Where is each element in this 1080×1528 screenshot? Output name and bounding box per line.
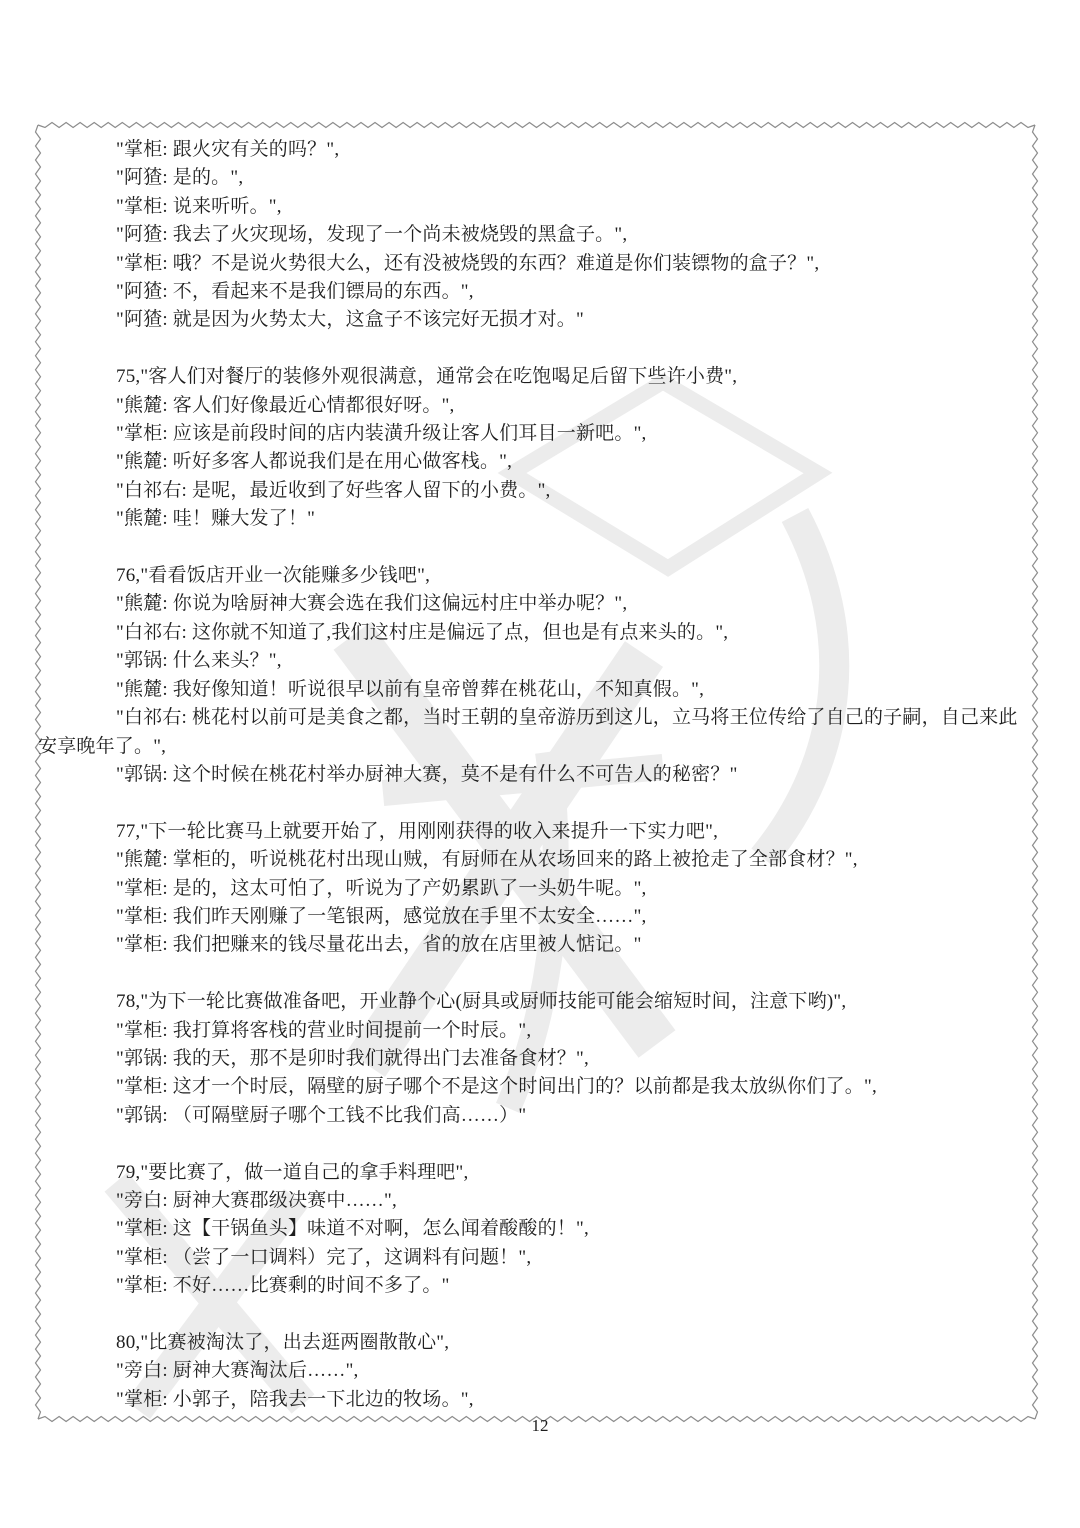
script-line: "旁白: 厨神大赛郡级决赛中……",: [38, 1187, 1036, 1215]
script-line: "掌柜: 跟火灾有关的吗？",: [38, 136, 1036, 164]
script-section: 76,"看看饭店开业一次能赚多少钱吧","熊麓: 你说为啥厨神大赛会选在我们这偏…: [38, 562, 1036, 789]
dialogue-script: "掌柜: 跟火灾有关的吗？","阿猹: 是的。","掌柜: 说来听听。","阿猹…: [38, 136, 1036, 1414]
page-number: 12: [0, 1416, 1080, 1436]
script-line: "郭锅: （可隔壁厨子哪个工钱不比我们高……）": [38, 1102, 1036, 1130]
script-line: "白祁右: 桃花村以前可是美食之都，当时王朝的皇帝游历到这儿，立马将王位传给了自…: [38, 704, 1036, 732]
script-line: "掌柜: 这【干锅鱼头】味道不对啊，怎么闻着酸酸的！",: [38, 1215, 1036, 1243]
script-line: "掌柜: 不好……比赛剩的时间不多了。": [38, 1272, 1036, 1300]
script-line: "掌柜: 应该是前段时间的店内装潢升级让客人们耳目一新吧。",: [38, 420, 1036, 448]
script-line: "掌柜: 我打算将客栈的营业时间提前一个时辰。",: [38, 1017, 1036, 1045]
script-section: 75,"客人们对餐厅的装修外观很满意，通常会在吃饱喝足后留下些许小费","熊麓:…: [38, 363, 1036, 533]
script-line: "熊麓: 听好多客人都说我们是在用心做客栈。",: [38, 448, 1036, 476]
script-line: "阿猹: 不，看起来不是我们镖局的东西。",: [38, 278, 1036, 306]
script-line: "掌柜: 我们把赚来的钱尽量花出去，省的放在店里被人惦记。": [38, 931, 1036, 959]
script-line: "阿猹: 我去了火灾现场，发现了一个尚未被烧毁的黑盒子。",: [38, 221, 1036, 249]
script-section: "掌柜: 跟火灾有关的吗？","阿猹: 是的。","掌柜: 说来听听。","阿猹…: [38, 136, 1036, 335]
script-line: "熊麓: 客人们好像最近心情都很好呀。",: [38, 392, 1036, 420]
script-line: "掌柜: （尝了一口调料）完了，这调料有问题！",: [38, 1244, 1036, 1272]
script-line: "掌柜: 是的，这太可怕了，听说为了产奶累趴了一头奶牛呢。",: [38, 875, 1036, 903]
script-line: 79,"要比赛了，做一道自己的拿手料理吧",: [38, 1159, 1036, 1187]
script-line: 78,"为下一轮比赛做准备吧，开业静个心(厨具或厨师技能可能会缩短时间，注意下哟…: [38, 988, 1036, 1016]
script-line: 安享晚年了。",: [38, 733, 1036, 761]
script-line: "旁白: 厨神大赛淘汰后……",: [38, 1357, 1036, 1385]
script-line: "郭锅: 我的天，那不是卯时我们就得出门去准备食材？",: [38, 1045, 1036, 1073]
script-line: 80,"比赛被淘汰了，出去逛两圈散散心",: [38, 1329, 1036, 1357]
script-line: 76,"看看饭店开业一次能赚多少钱吧",: [38, 562, 1036, 590]
script-line: "熊麓: 你说为啥厨神大赛会选在我们这偏远村庄中举办呢？",: [38, 590, 1036, 618]
script-line: "掌柜: 哦？不是说火势很大么，还有没被烧毁的东西？难道是你们装镖物的盒子？",: [38, 250, 1036, 278]
script-section: 78,"为下一轮比赛做准备吧，开业静个心(厨具或厨师技能可能会缩短时间，注意下哟…: [38, 988, 1036, 1130]
script-line: "郭锅: 这个时候在桃花村举办厨神大赛，莫不是有什么不可告人的秘密？": [38, 761, 1036, 789]
script-line: "白祁右: 这你就不知道了,我们这村庄是偏远了点，但也是有点来头的。",: [38, 619, 1036, 647]
script-section: 80,"比赛被淘汰了，出去逛两圈散散心","旁白: 厨神大赛淘汰后……","掌柜…: [38, 1329, 1036, 1414]
script-section: 79,"要比赛了，做一道自己的拿手料理吧","旁白: 厨神大赛郡级决赛中……",…: [38, 1159, 1036, 1301]
script-line: "阿猹: 就是因为火势太大，这盒子不该完好无损才对。": [38, 306, 1036, 334]
script-line: "掌柜: 说来听听。",: [38, 193, 1036, 221]
script-line: "掌柜: 我们昨天刚赚了一笔银两，感觉放在手里不太安全……",: [38, 903, 1036, 931]
script-line: "郭锅: 什么来头？",: [38, 647, 1036, 675]
script-line: "熊麓: 我好像知道！听说很早以前有皇帝曾葬在桃花山，不知真假。",: [38, 676, 1036, 704]
script-line: "阿猹: 是的。",: [38, 164, 1036, 192]
script-line: "掌柜: 小郭子，陪我去一下北边的牧场。",: [38, 1386, 1036, 1414]
script-line: "熊麓: 掌柜的，听说桃花村出现山贼，有厨师在从农场回来的路上被抢走了全部食材？…: [38, 846, 1036, 874]
script-section: 77,"下一轮比赛马上就要开始了，用刚刚获得的收入来提升一下实力吧","熊麓: …: [38, 818, 1036, 960]
document-page: { "page": { "number": "12" }, "style": {…: [0, 0, 1080, 1528]
script-line: "掌柜: 这才一个时辰，隔壁的厨子哪个不是这个时间出门的？以前都是我太放纵你们了…: [38, 1073, 1036, 1101]
script-line: "白祁右: 是呢，最近收到了好些客人留下的小费。",: [38, 477, 1036, 505]
script-line: 75,"客人们对餐厅的装修外观很满意，通常会在吃饱喝足后留下些许小费",: [38, 363, 1036, 391]
script-line: "熊麓: 哇！赚大发了！": [38, 505, 1036, 533]
script-line: 77,"下一轮比赛马上就要开始了，用刚刚获得的收入来提升一下实力吧",: [38, 818, 1036, 846]
